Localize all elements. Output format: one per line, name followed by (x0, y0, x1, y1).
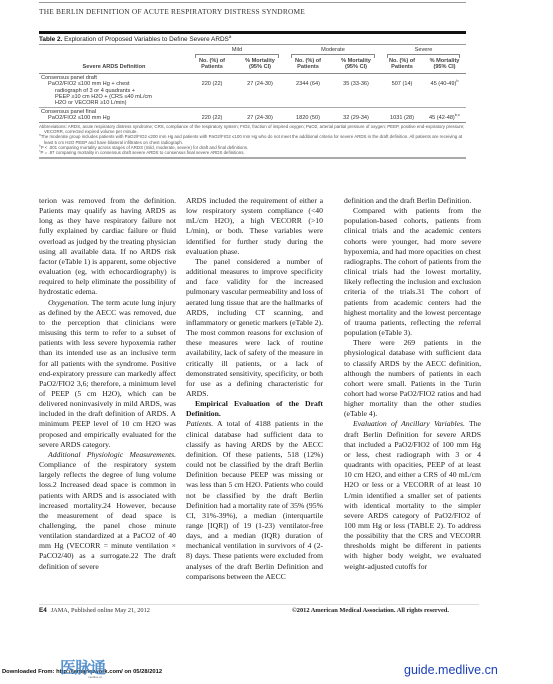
col-mortality-severe: % Mortality(95% CI) (423, 58, 466, 73)
group-moderate: Moderate (285, 45, 381, 58)
group-mild: Mild (189, 45, 285, 58)
medlive-logo: 医脉通 medlive.cn (60, 655, 117, 677)
row-label: PaO2/FIO2 ≤100 mm Hg + chest radiograph … (39, 81, 189, 107)
body-column-3: definition and the draft Berlin Definiti… (344, 196, 481, 572)
cell-value: 45 (42-48)b,c (423, 115, 466, 121)
col-mortality-mild: % Mortality(95% CI) (235, 58, 285, 73)
journal-citation: JAMA, Published online May 21, 2012 (51, 607, 150, 614)
table-row: Consensus panel draft (39, 73, 466, 81)
section-title-final: Consensus panel final (39, 107, 466, 115)
table-footnotes: Abbreviations: ARDS, acute respiratory d… (39, 122, 466, 160)
copyright: ©2012 American Medical Association. All … (292, 607, 449, 614)
table-title-footnote: a (229, 34, 232, 39)
guide-link[interactable]: guide.medlive.cn (404, 663, 498, 677)
table-row: PaO2/FIO2 ≤100 mm Hg + chest radiograph … (39, 81, 466, 107)
cell-value: 220 (22) (189, 81, 235, 107)
footnote-a: aThe moderate group includes patients wi… (39, 134, 466, 145)
table-caption: Table 2. Exploration of Proposed Variabl… (39, 34, 466, 45)
paragraph: Additional Physiologic Measurements. Com… (39, 450, 176, 572)
footnote-c: cP = .97 comparing mortality in consensu… (39, 150, 466, 155)
table-2: Table 2. Exploration of Proposed Variabl… (39, 31, 466, 159)
page-number: E4 (39, 607, 47, 614)
col-patients-moderate: No. (%) ofPatients (285, 58, 331, 73)
cell-value: 45 (40-49)b (423, 81, 466, 107)
paragraph: Patients. A total of 4188 patients in th… (186, 419, 323, 582)
paragraph: The panel considered a number of additio… (186, 257, 323, 399)
cell-value: 507 (14) (381, 81, 423, 107)
paragraph: definition and the draft Berlin Definiti… (344, 196, 481, 206)
cell-value: 35 (33-36) (331, 81, 381, 107)
medlive-logo-sub: medlive.cn (88, 675, 102, 679)
data-table: Mild Moderate Severe Severe ARDS Definit… (39, 45, 466, 122)
col-definition: Severe ARDS Definition (39, 58, 189, 73)
cell-value: 2344 (64) (285, 81, 331, 107)
page-footer: E4JAMA, Published online May 21, 2012 (39, 607, 150, 614)
body-column-1: terion was removed from the definition. … (39, 196, 176, 572)
paragraph: terion was removed from the definition. … (39, 196, 176, 298)
paragraph: There were 269 patients in the physiolog… (344, 338, 481, 419)
footer-rule (39, 604, 479, 605)
table-title: Exploration of Proposed Variables to Def… (64, 36, 229, 43)
paragraph: Compared with patients from the populati… (344, 206, 481, 338)
footnote-abbreviations: Abbreviations: ARDS, acute respiratory d… (39, 124, 466, 135)
table-label: Table 2. (39, 36, 62, 43)
section-title-draft: Consensus panel draft (39, 73, 466, 81)
col-mortality-moderate: % Mortality(95% CI) (331, 58, 381, 73)
table-row: PaO2/FIO2 ≤100 mm Hg 220 (22) 27 (24-30)… (39, 115, 466, 121)
section-heading: Empirical Evaluation of the Draft Defini… (186, 399, 323, 419)
running-head: THE BERLIN DEFINITION OF ACUTE RESPIRATO… (39, 2, 466, 16)
col-patients-severe: No. (%) ofPatients (381, 58, 423, 73)
cell-value: 27 (24-30) (235, 81, 285, 107)
group-severe: Severe (381, 45, 466, 58)
paragraph: ARDS included the requirement of either … (186, 196, 323, 257)
table-row: Consensus panel final (39, 107, 466, 115)
col-patients-mild: No. (%) ofPatients (189, 58, 235, 73)
paragraph: Oxygenation. The term acute lung injury … (39, 298, 176, 450)
body-column-2: ARDS included the requirement of either … (186, 196, 323, 582)
paragraph: Evaluation of Ancillary Variables. The d… (344, 419, 481, 571)
